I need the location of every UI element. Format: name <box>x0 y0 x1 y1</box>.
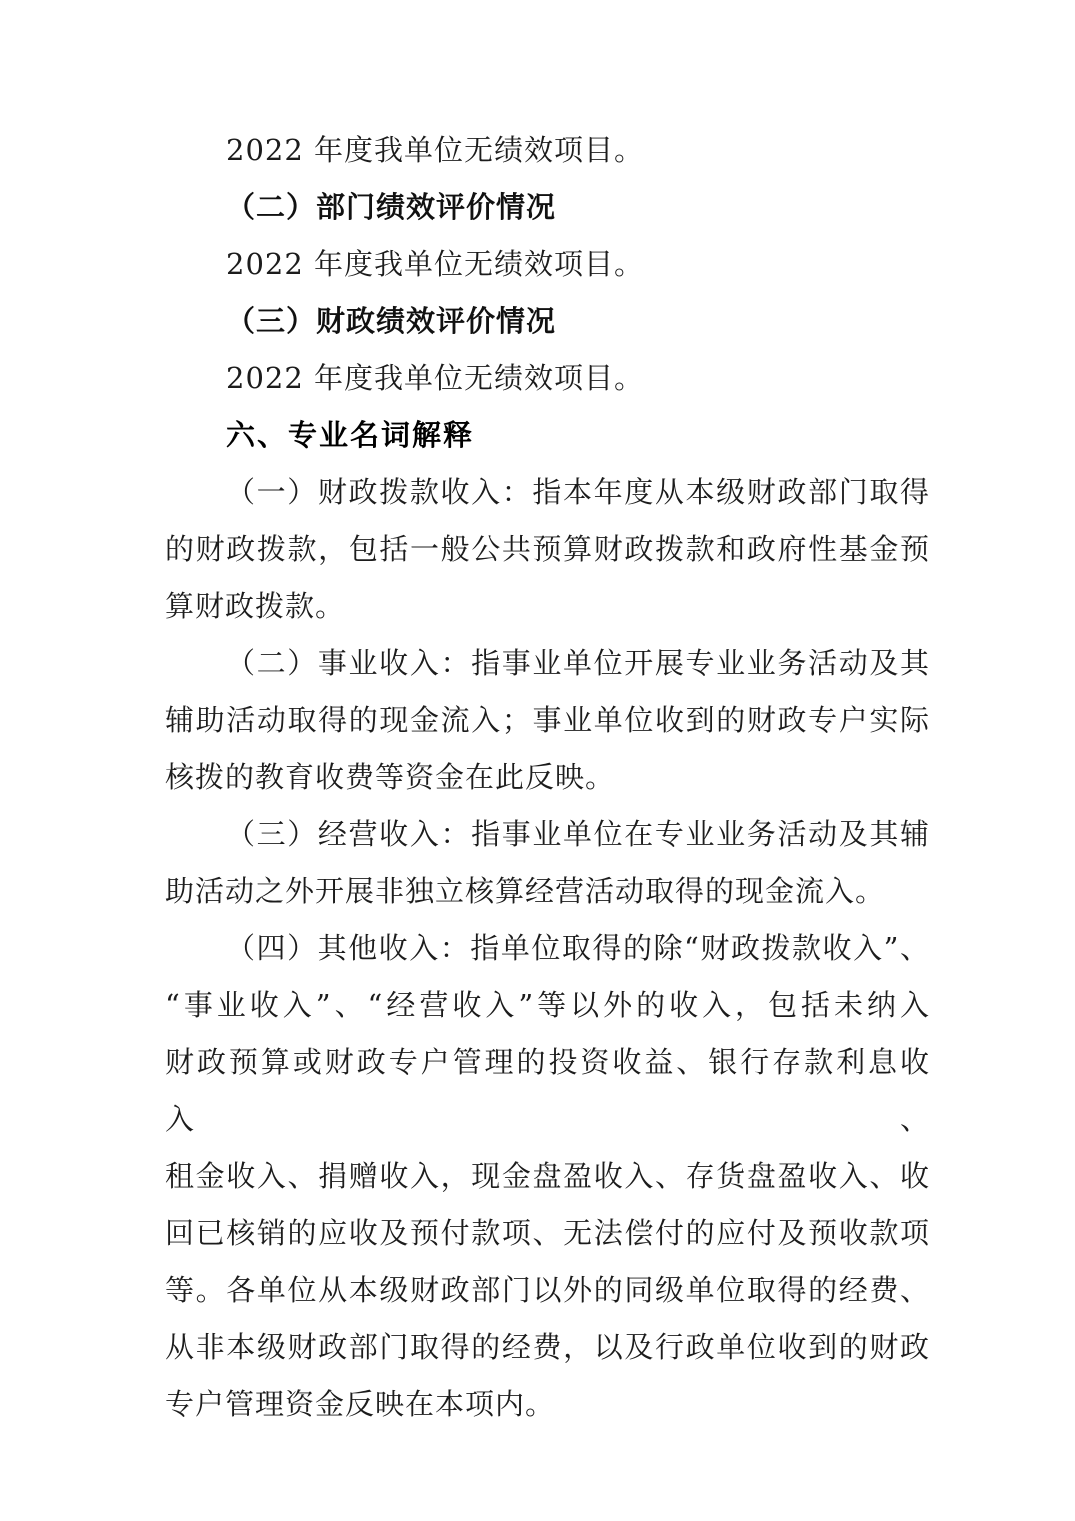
document-line: 算财政拨款。 <box>165 578 930 635</box>
document-line: 回已核销的应收及预付款项、无法偿付的应付及预收款项 <box>165 1205 930 1262</box>
document-line: （三）经营收入：指事业单位在专业业务活动及其辅 <box>165 806 930 863</box>
document-line: 2022 年度我单位无绩效项目。 <box>165 122 930 179</box>
document-line: 助活动之外开展非独立核算经营活动取得的现金流入。 <box>165 863 930 920</box>
document-line: 从非本级财政部门取得的经费，以及行政单位收到的财政 <box>165 1319 930 1376</box>
document-page: 2022 年度我单位无绩效项目。（二）部门绩效评价情况2022 年度我单位无绩效… <box>0 0 1075 1521</box>
document-line: 核拨的教育收费等资金在此反映。 <box>165 749 930 806</box>
document-body: 2022 年度我单位无绩效项目。（二）部门绩效评价情况2022 年度我单位无绩效… <box>0 0 1075 1433</box>
document-line: （一）财政拨款收入：指本年度从本级财政部门取得 <box>165 464 930 521</box>
document-line: 租金收入、捐赠收入，现金盘盈收入、存货盘盈收入、收 <box>165 1148 930 1205</box>
document-heading: 六、专业名词解释 <box>165 407 930 464</box>
document-line: 2022 年度我单位无绩效项目。 <box>165 236 930 293</box>
document-line: 等。各单位从本级财政部门以外的同级单位取得的经费、 <box>165 1262 930 1319</box>
document-heading: （三）财政绩效评价情况 <box>165 293 930 350</box>
document-line: 辅助活动取得的现金流入；事业单位收到的财政专户实际 <box>165 692 930 749</box>
document-line: 财政预算或财政专户管理的投资收益、银行存款利息收入、 <box>165 1034 930 1148</box>
document-line: 专户管理资金反映在本项内。 <box>165 1376 930 1433</box>
document-heading: （二）部门绩效评价情况 <box>165 179 930 236</box>
document-line: 的财政拨款，包括一般公共预算财政拨款和政府性基金预 <box>165 521 930 578</box>
document-line: （四）其他收入：指单位取得的除“财政拨款收入”、 <box>165 920 930 977</box>
document-line: “事业收入”、“经营收入”等以外的收入，包括未纳入 <box>165 977 930 1034</box>
document-line: （二）事业收入：指事业单位开展专业业务活动及其 <box>165 635 930 692</box>
document-line: 2022 年度我单位无绩效项目。 <box>165 350 930 407</box>
